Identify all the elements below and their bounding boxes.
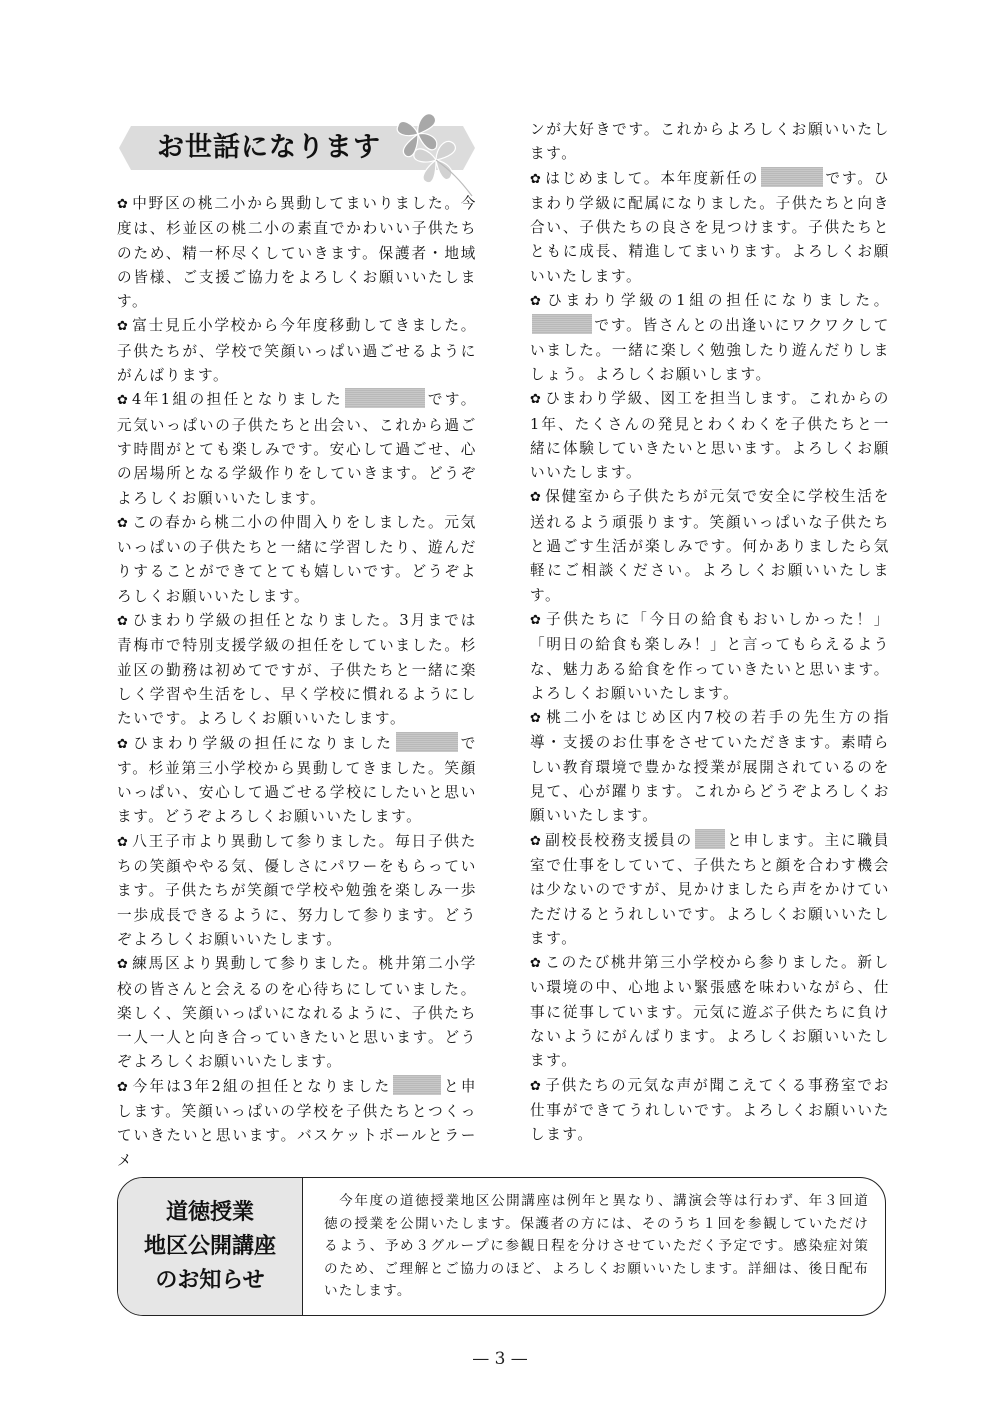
paragraph-text: 練馬区より異動して参りました。桃井第二小学校の皆さんと会えるのを心待ちにしていま… [117, 955, 477, 1070]
newsletter-page: お世話になります ✿中野区の桃二小から異動してまいりました。今度は、杉並区の桃二… [0, 0, 1000, 1415]
flower-bullet-icon: ✿ [117, 512, 132, 536]
notice-box: 道徳授業 地区公開講座 のお知らせ 今年度の道徳授業地区公開講座は例年と異なり、… [117, 1177, 886, 1316]
flower-bullet-icon: ✿ [530, 388, 545, 412]
redacted-name [761, 167, 823, 187]
redacted-name [695, 829, 725, 849]
greeting-paragraph: ✿ひまわり学級の1組の担任になりました。です。皆さんとの出逢いにワクワクしていま… [530, 289, 890, 387]
flower-bullet-icon: ✿ [117, 953, 132, 977]
paragraph-text: 桃二小をはじめ区内7校の若手の先生方の指導・支援のお仕事をさせていただきます。素… [530, 709, 890, 824]
paragraph-text: はじめまして。本年度新任の [545, 170, 759, 187]
paragraph-text: ひまわり学級の担任となりました。3月までは青梅市で特別支援学級の担任をしていまし… [117, 612, 477, 727]
paragraph-text: 子供たちに「今日の給食もおいしかった！」「明日の給食も楽しみ！」と言ってもらえる… [530, 611, 890, 702]
greeting-paragraph: ✿ひまわり学級の担任になりましたです。杉並第三小学校から異動してきました。笑顔い… [117, 732, 477, 830]
flower-bullet-icon: ✿ [117, 610, 132, 634]
flower-bullet-icon: ✿ [117, 315, 132, 339]
greeting-paragraph: ✿ひまわり学級の担任となりました。3月までは青梅市で特別支援学級の担任をしていま… [117, 609, 477, 731]
flower-bullet-icon: ✿ [117, 389, 132, 413]
notice-title-line: のお知らせ [155, 1264, 264, 1298]
paragraph-text: 副校長校務支援員の [545, 832, 693, 849]
greeting-paragraph: ✿ひまわり学級、図工を担当します。これからの1年、たくさんの発見とわくわくを子供… [530, 387, 890, 485]
paragraph-text: 今年は3年2組の担任となりました [132, 1078, 391, 1095]
paragraph-text: 富士見丘小学校から今年度移動してきました。子供たちが、学校で笑顔いっぱい過ごせる… [117, 317, 477, 384]
greeting-paragraph: ✿練馬区より異動して参りました。桃井第二小学校の皆さんと会えるのを心待ちにしてい… [117, 952, 477, 1074]
greeting-paragraph: ✿4年1組の担任となりましたです。元気いっぱいの子供たちと出会い、これから過ごす… [117, 388, 477, 510]
greeting-paragraph: ✿このたび桃井第三小学校から参りました。新しい環境の中、心地よい緊張感を味わいな… [530, 951, 890, 1073]
flower-bullet-icon: ✿ [530, 830, 545, 854]
paragraph-text: ひまわり学級の1組の担任になりました。 [545, 292, 890, 309]
greeting-paragraph: ✿今年は3年2組の担任となりましたと申します。笑顔いっぱいの学校を子供たちとつく… [117, 1075, 477, 1173]
left-column: ✿中野区の桃二小から異動してまいりました。今度は、杉並区の桃二小の素直でかわいい… [117, 192, 477, 1173]
page-number: — 3 — [0, 1349, 1000, 1369]
flower-bullet-icon: ✿ [530, 486, 545, 510]
clover-icon [388, 100, 488, 200]
notice-title: 道徳授業 地区公開講座 のお知らせ [118, 1178, 303, 1315]
greeting-paragraph: ✿中野区の桃二小から異動してまいりました。今度は、杉並区の桃二小の素直でかわいい… [117, 192, 477, 314]
right-column: ンが大好きです。これからよろしくお願いいたします。✿はじめまして。本年度新任ので… [530, 118, 890, 1147]
flower-bullet-icon: ✿ [117, 733, 132, 757]
greeting-paragraph: ✿保健室から子供たちが元気で安全に学校生活を送れるよう頑張ります。笑顔いっぱいな… [530, 485, 890, 607]
greeting-paragraph: ンが大好きです。これからよろしくお願いいたします。 [530, 118, 890, 167]
flower-bullet-icon: ✿ [530, 707, 545, 731]
greeting-paragraph: ✿はじめまして。本年度新任のです。ひまわり学級に配属になりました。子供たちと向き… [530, 167, 890, 289]
redacted-name [396, 732, 458, 752]
greeting-paragraph: ✿富士見丘小学校から今年度移動してきました。子供たちが、学校で笑顔いっぱい過ごせ… [117, 314, 477, 388]
greeting-paragraph: ✿子供たちの元気な声が聞こえてくる事務室でお仕事ができてうれしいです。よろしくお… [530, 1074, 890, 1148]
greeting-paragraph: ✿副校長校務支援員のと申します。主に職員室で仕事をしていて、子供たちと顔を合わす… [530, 829, 890, 951]
flower-bullet-icon: ✿ [117, 193, 132, 217]
flower-bullet-icon: ✿ [530, 609, 545, 633]
greeting-paragraph: ✿この春から桃二小の仲間入りをしました。元気いっぱいの子供たちと一緒に学習したり… [117, 511, 477, 609]
greeting-paragraph: ✿桃二小をはじめ区内7校の若手の先生方の指導・支援のお仕事をさせていただきます。… [530, 706, 890, 828]
flower-bullet-icon: ✿ [530, 290, 545, 314]
notice-title-line: 道徳授業 [166, 1196, 254, 1230]
greeting-paragraph: ✿八王子市より異動して参りました。毎日子供たちの笑顔ややる気、優しさにパワーをも… [117, 830, 477, 952]
paragraph-text: 中野区の桃二小から異動してまいりました。今度は、杉並区の桃二小の素直でかわいい子… [117, 195, 477, 310]
paragraph-text: 4年1組の担任となりました [132, 391, 343, 408]
greeting-paragraph: ✿子供たちに「今日の給食もおいしかった！」「明日の給食も楽しみ！」と言ってもらえ… [530, 608, 890, 706]
paragraph-text: 子供たちの元気な声が聞こえてくる事務室でお仕事ができてうれしいです。よろしくお願… [530, 1077, 890, 1144]
paragraph-text: この春から桃二小の仲間入りをしました。元気いっぱいの子供たちと一緒に学習したり、… [117, 514, 477, 605]
paragraph-text: ンが大好きです。これからよろしくお願いいたします。 [530, 121, 890, 162]
notice-body: 今年度の道徳授業地区公開講座は例年と異なり、講演会等は行わず、年３回道徳の授業を… [324, 1190, 869, 1303]
flower-bullet-icon: ✿ [530, 1075, 545, 1099]
paragraph-text: です。元気いっぱいの子供たちと出会い、これから過ごす時間がとても楽しみです。安心… [117, 391, 477, 506]
flower-bullet-icon: ✿ [530, 952, 545, 976]
section-title: お世話になります [157, 130, 381, 166]
redacted-name [345, 388, 425, 408]
paragraph-text: 保健室から子供たちが元気で安全に学校生活を送れるよう頑張ります。笑顔いっぱいな子… [530, 488, 890, 603]
paragraph-text: ひまわり学級の担任になりました [132, 735, 394, 752]
flower-bullet-icon: ✿ [117, 831, 132, 855]
paragraph-text: 八王子市より異動して参りました。毎日子供たちの笑顔ややる気、優しさにパワーをもら… [117, 833, 477, 948]
redacted-name [393, 1075, 441, 1095]
flower-bullet-icon: ✿ [530, 168, 545, 192]
paragraph-text: ひまわり学級、図工を担当します。これからの1年、たくさんの発見とわくわくを子供た… [530, 390, 890, 481]
notice-title-line: 地区公開講座 [144, 1230, 276, 1264]
redacted-name [532, 314, 592, 334]
flower-bullet-icon: ✿ [117, 1076, 132, 1100]
paragraph-text: このたび桃井第三小学校から参りました。新しい環境の中、心地よい緊張感を味わいなが… [530, 954, 890, 1069]
